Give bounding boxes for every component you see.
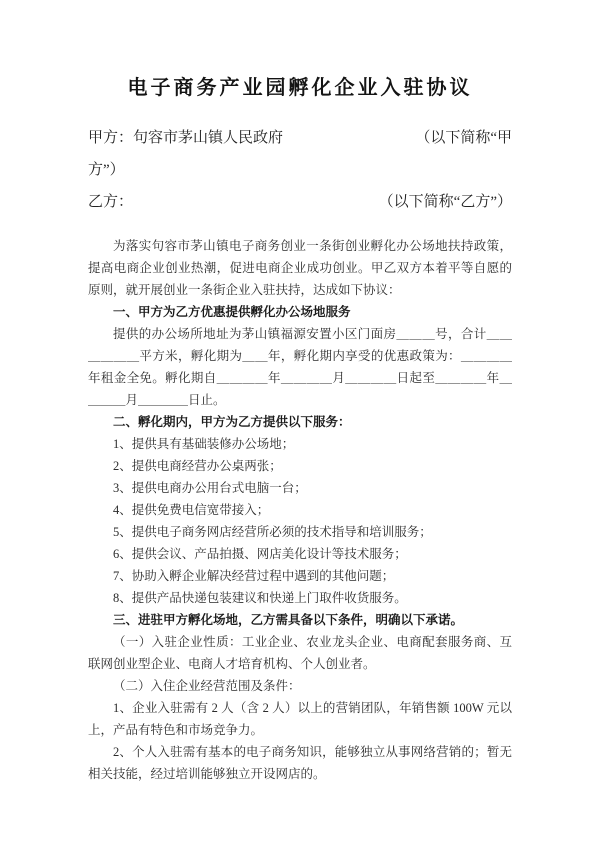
service-item-2: 2、提供电商经营办公桌两张；	[88, 455, 512, 477]
service-item-3: 3、提供电商办公用台式电脑一台；	[88, 477, 512, 499]
service-item-7: 7、协助入孵企业解决经营过程中遇到的其他问题；	[88, 565, 512, 587]
party-a-alias-wrap-line: 方”）	[88, 154, 512, 186]
party-b-line: 乙方： （以下简称“乙方”）	[88, 186, 512, 218]
section-3-paragraph-1: （一）入驻企业性质：工业企业、农业龙头企业、电商配套服务商、互联网创业型企业、电…	[88, 631, 512, 675]
section-3-paragraph-2: （二）入住企业经营范围及条件：	[88, 675, 512, 697]
party-a-alias-start: （以下简称“甲	[415, 122, 512, 154]
party-a-name: 甲方：句容市茅山镇人民政府	[88, 122, 283, 154]
document-page: 电子商务产业园孵化企业入驻协议 甲方：句容市茅山镇人民政府 （以下简称“甲 方”…	[0, 0, 600, 849]
service-item-6: 6、提供会议、产品拍摄、网店美化设计等技术服务；	[88, 543, 512, 565]
parties-block: 甲方：句容市茅山镇人民政府 （以下简称“甲 方”） 乙方： （以下简称“乙方”）	[88, 122, 512, 218]
party-b-name: 乙方：	[88, 186, 133, 218]
section-3-paragraph-4: 2、个人入驻需有基本的电子商务知识，能够独立从事网络营销的；暂无相关技能，经过培…	[88, 741, 512, 785]
service-item-1: 1、提供具有基础装修办公场地；	[88, 433, 512, 455]
section-1-heading: 一、甲方为乙方优惠提供孵化办公场地服务	[88, 301, 512, 323]
document-title: 电子商务产业园孵化企业入驻协议	[0, 74, 600, 102]
section-3-heading: 三、进驻甲方孵化场地，乙方需具备以下条件，明确以下承诺。	[88, 609, 512, 631]
service-item-4: 4、提供免费电信宽带接入；	[88, 499, 512, 521]
section-1-body: 提供的办公场所地址为茅山镇福源安置小区门面房＿＿＿号，合计＿＿＿＿＿＿平方米，孵…	[88, 323, 512, 411]
document-body: 为落实句容市茅山镇电子商务创业一条街创业孵化办公场地扶持政策，提高电商企业创业热…	[88, 235, 512, 785]
party-a-line: 甲方：句容市茅山镇人民政府 （以下简称“甲	[88, 122, 512, 154]
party-b-alias: （以下简称“乙方”）	[379, 186, 512, 218]
section-2-heading: 二、孵化期内，甲方为乙方提供以下服务：	[88, 411, 512, 433]
section-3-paragraph-3: 1、企业入驻需有 2 人（含 2 人）以上的营销团队，年销售额 100W 元以上…	[88, 697, 512, 741]
party-a-alias-end: 方”）	[88, 154, 125, 186]
service-item-5: 5、提供电子商务网店经营所必须的技术指导和培训服务；	[88, 521, 512, 543]
service-item-8: 8、提供产品快递包装建议和快递上门取件收货服务。	[88, 587, 512, 609]
preamble-paragraph: 为落实句容市茅山镇电子商务创业一条街创业孵化办公场地扶持政策，提高电商企业创业热…	[88, 235, 512, 301]
